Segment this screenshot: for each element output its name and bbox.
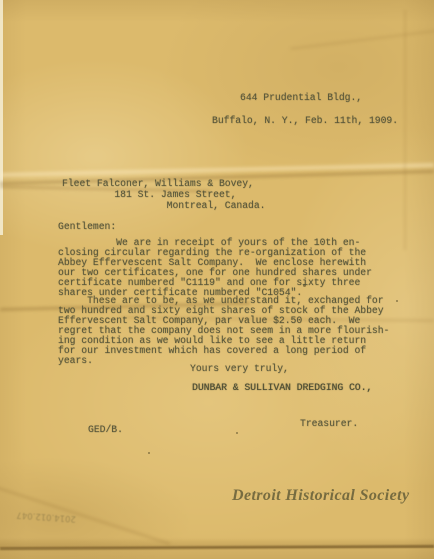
company-signature-line: DUNBAR & SULLIVAN DREDGING CO., bbox=[192, 383, 372, 393]
body-paragraph-2: These are to be, as we understand it, ex… bbox=[58, 296, 389, 366]
signer-title: Treasurer. bbox=[300, 419, 358, 429]
recipient-address: Fleet Falconer, Williams & Bovey, 181 St… bbox=[62, 178, 265, 211]
sender-address-line: 644 Prudential Bldg., bbox=[240, 93, 362, 103]
body-paragraph-1: We are in receipt of yours of the 10th e… bbox=[58, 238, 372, 298]
salutation: Gentlemen: bbox=[58, 222, 116, 232]
scanned-letter: 644 Prudential Bldg., Buffalo, N. Y., Fe… bbox=[0, 0, 434, 559]
date-line: Buffalo, N. Y., Feb. 11th, 1909. bbox=[212, 116, 398, 126]
watermark-text: Detroit Historical Society bbox=[232, 487, 410, 505]
valediction: Yours very truly, bbox=[190, 364, 289, 374]
typist-reference: GED/B. bbox=[88, 425, 123, 435]
